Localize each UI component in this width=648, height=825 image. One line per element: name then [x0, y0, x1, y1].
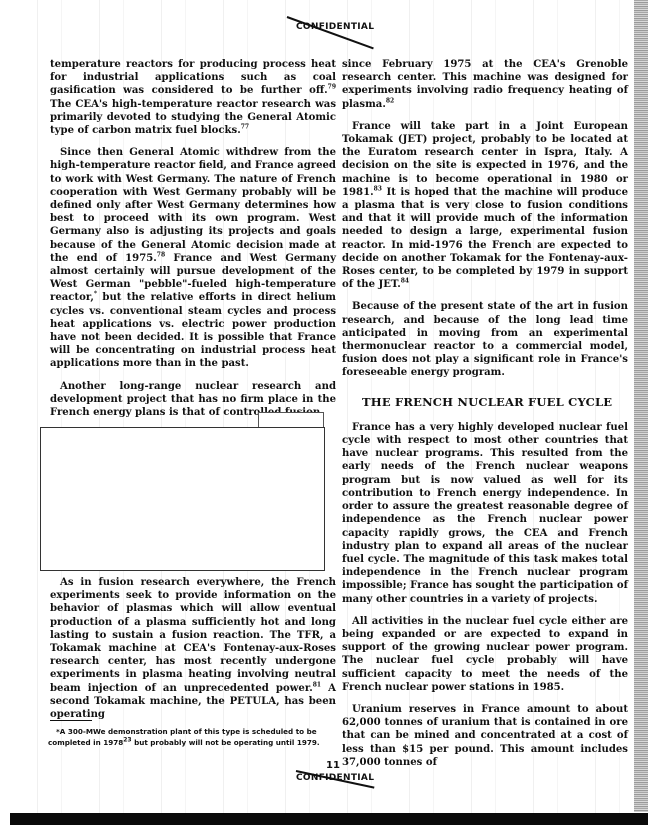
paragraph: As in fusion research everywhere, the Fr… — [50, 576, 336, 721]
left-column: temperature reactors for producing proce… — [50, 58, 336, 428]
footnote-ref: 84 — [401, 278, 409, 285]
paragraph: Because of the present state of the art … — [342, 300, 628, 379]
left-column-continued: As in fusion research everywhere, the Fr… — [50, 576, 336, 730]
paragraph: since February 1975 at the CEA's Grenobl… — [342, 58, 628, 111]
redaction-box — [40, 427, 325, 571]
scan-bottom-border — [10, 813, 648, 825]
paragraph: France has a very highly developed nucle… — [342, 421, 628, 606]
paragraph: temperature reactors for producing proce… — [50, 58, 336, 137]
footnote-ref: 81 — [313, 681, 321, 688]
footnote-ref: 77 — [241, 124, 249, 131]
paragraph: France will take part in a Joint Europea… — [342, 120, 628, 292]
classification-stamp-top: CONFIDENTIAL — [296, 22, 374, 32]
right-column: since February 1975 at the CEA's Grenobl… — [342, 58, 628, 778]
page-number: 11 — [326, 760, 340, 771]
paragraph: All activities in the nuclear fuel cycle… — [342, 615, 628, 694]
section-heading: THE FRENCH NUCLEAR FUEL CYCLE — [362, 396, 628, 409]
footnote: *A 300-MWe demonstration plant of this t… — [48, 726, 338, 748]
footnote-ref: 79 — [328, 84, 336, 91]
footnote-divider — [50, 720, 92, 721]
redaction-box-inline — [258, 412, 324, 428]
scanner-edge-noise — [634, 0, 648, 812]
classification-stamp-bottom: CONFIDENTIAL — [296, 773, 374, 783]
footnote-ref: 82 — [386, 97, 394, 104]
paragraph: Since then General Atomic withdrew from … — [50, 146, 336, 370]
paragraph: Uranium reserves in France amount to abo… — [342, 703, 628, 769]
footnote-ref: 78 — [157, 251, 165, 258]
footnote-ref: 83 — [374, 185, 382, 192]
